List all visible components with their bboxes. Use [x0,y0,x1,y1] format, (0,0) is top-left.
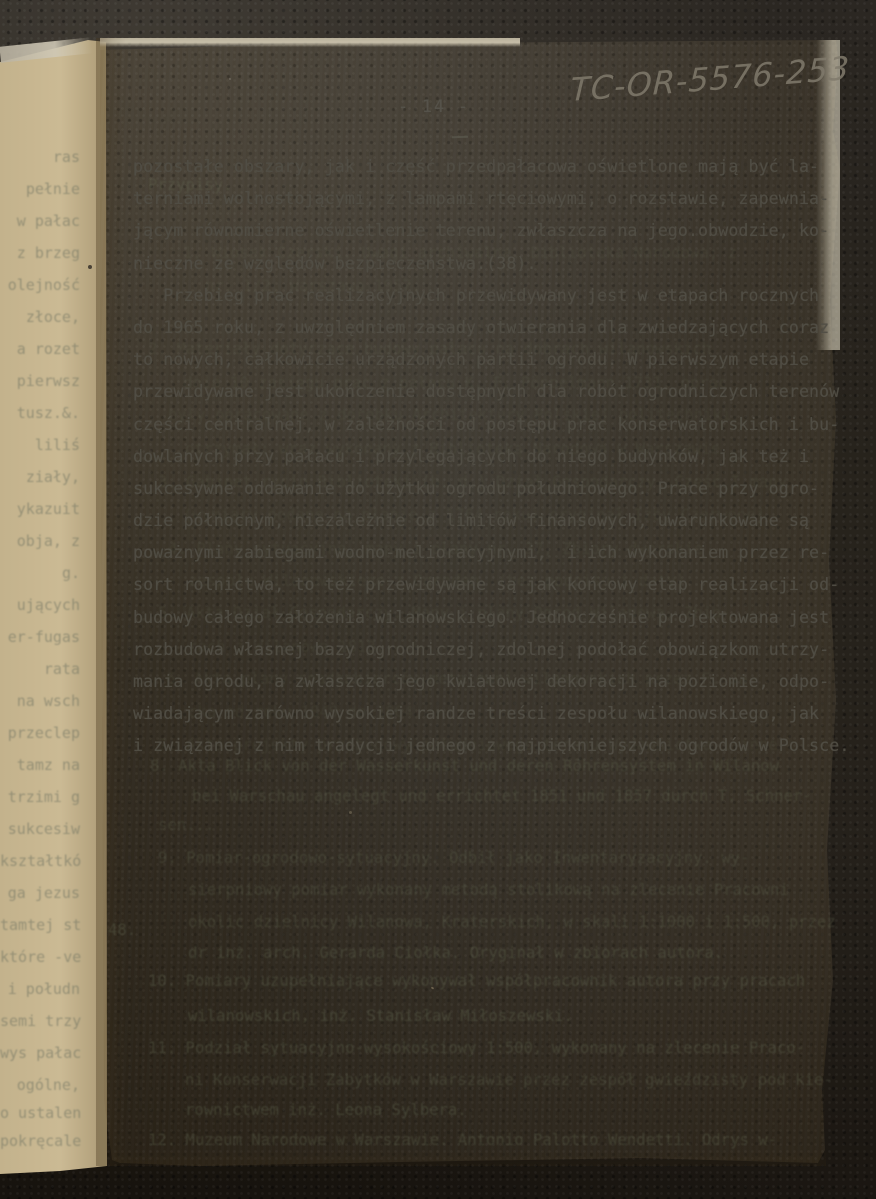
ghost-text-line: rownictwem inż. Leona Sylbera. [185,1101,467,1119]
typed-text-line: sort rolnictwa, to też przewidywane są j… [133,569,843,601]
typewritten-body-text: pozostałe obszary, jak i część przedpała… [133,151,843,763]
typed-text-line: wiadającym zarówno wysokiej randze treśc… [133,698,843,730]
ghost-text-line: wilanowskich, inż. Stanisław Miłoszewski… [188,1007,573,1025]
typed-text-line: to nowych, całkowicie urządzonych partii… [133,344,843,376]
ghost-text-line: bei Warschau angelegt und errichtet 1851… [192,787,812,805]
typed-text-line: dzie północnym, niezależnie od limitów f… [133,505,843,537]
ghost-text-line: 10. Pomiary uzupełniające wykonywał wspó… [148,972,805,990]
ghost-text-line: okolic dzielnicy Wilanowa, Kraterskich, … [188,913,836,931]
paper-speck [349,811,352,814]
ghost-text-line: sierpniowy pomiar wykonany metodą stolik… [188,881,789,899]
paper-speck [229,78,231,80]
ghost-text-line: ni Konserwacji Zabytków w Warszawie prze… [185,1071,833,1089]
typed-text-line: jącym równomierne oświetlenie terenu, zw… [133,215,843,247]
ghost-text-line: dr inż. arch. Gerarda Ciołka. Oryginał w… [188,944,723,962]
paper-speck [88,265,92,269]
typed-text-line: przewidywane jest ukończenie dostępnych … [133,376,843,408]
typed-text-line: mania ogrodu, a zwłaszcza jego kwiatowej… [133,666,843,698]
typed-text-line: do 1965 roku, z uwzględniem zasady otwie… [133,312,843,344]
typed-text-line: i związanej z nim tradycji jednego z naj… [133,730,843,762]
typed-text-line: Przebieg prac realizacyjnych przewidywan… [133,280,843,312]
typed-text-line: nieczne ze względów bezpieczeństwa.(38). [133,248,843,280]
ghost-text-line: 12. Muzeum Narodowe w Warszawie. Antonio… [148,1131,777,1149]
page-number: - 14 - [398,97,470,116]
ghost-text-line: 48. [108,921,136,939]
ghost-text-line: 11. Podział sytuacyjno-wysokościowy 1:50… [148,1039,805,1057]
ghost-text-line: 9. Pomiar-ogrodowo-sytuacyjny. Odbił jak… [158,849,749,867]
typed-text-line: sukcesywne oddawanie do użytku ogrodu po… [133,473,843,505]
ghost-text-line: sen... [158,816,214,834]
typed-text-line: poważnymi zabiegami wodno-melioracyjnymi… [133,537,843,569]
typed-text-line: terniami wolnostojącymi, z lampami rtęci… [133,183,843,215]
typed-text-line: części centralnej, w zależności od postę… [133,409,843,441]
scanned-document-page: raspełniew pałacz brzegolejnośćzłoce,a r… [0,0,876,1199]
typed-text-line: budowy całego założenia wilanowskiego. J… [133,602,843,634]
typed-text-line: pozostałe obszary, jak i część przedpała… [133,151,843,183]
typed-text-line: dowlanych przy pałacu i przylegających d… [133,441,843,473]
typed-text-line: rozbudowa własnej bazy ogrodniczej, zdol… [133,634,843,666]
